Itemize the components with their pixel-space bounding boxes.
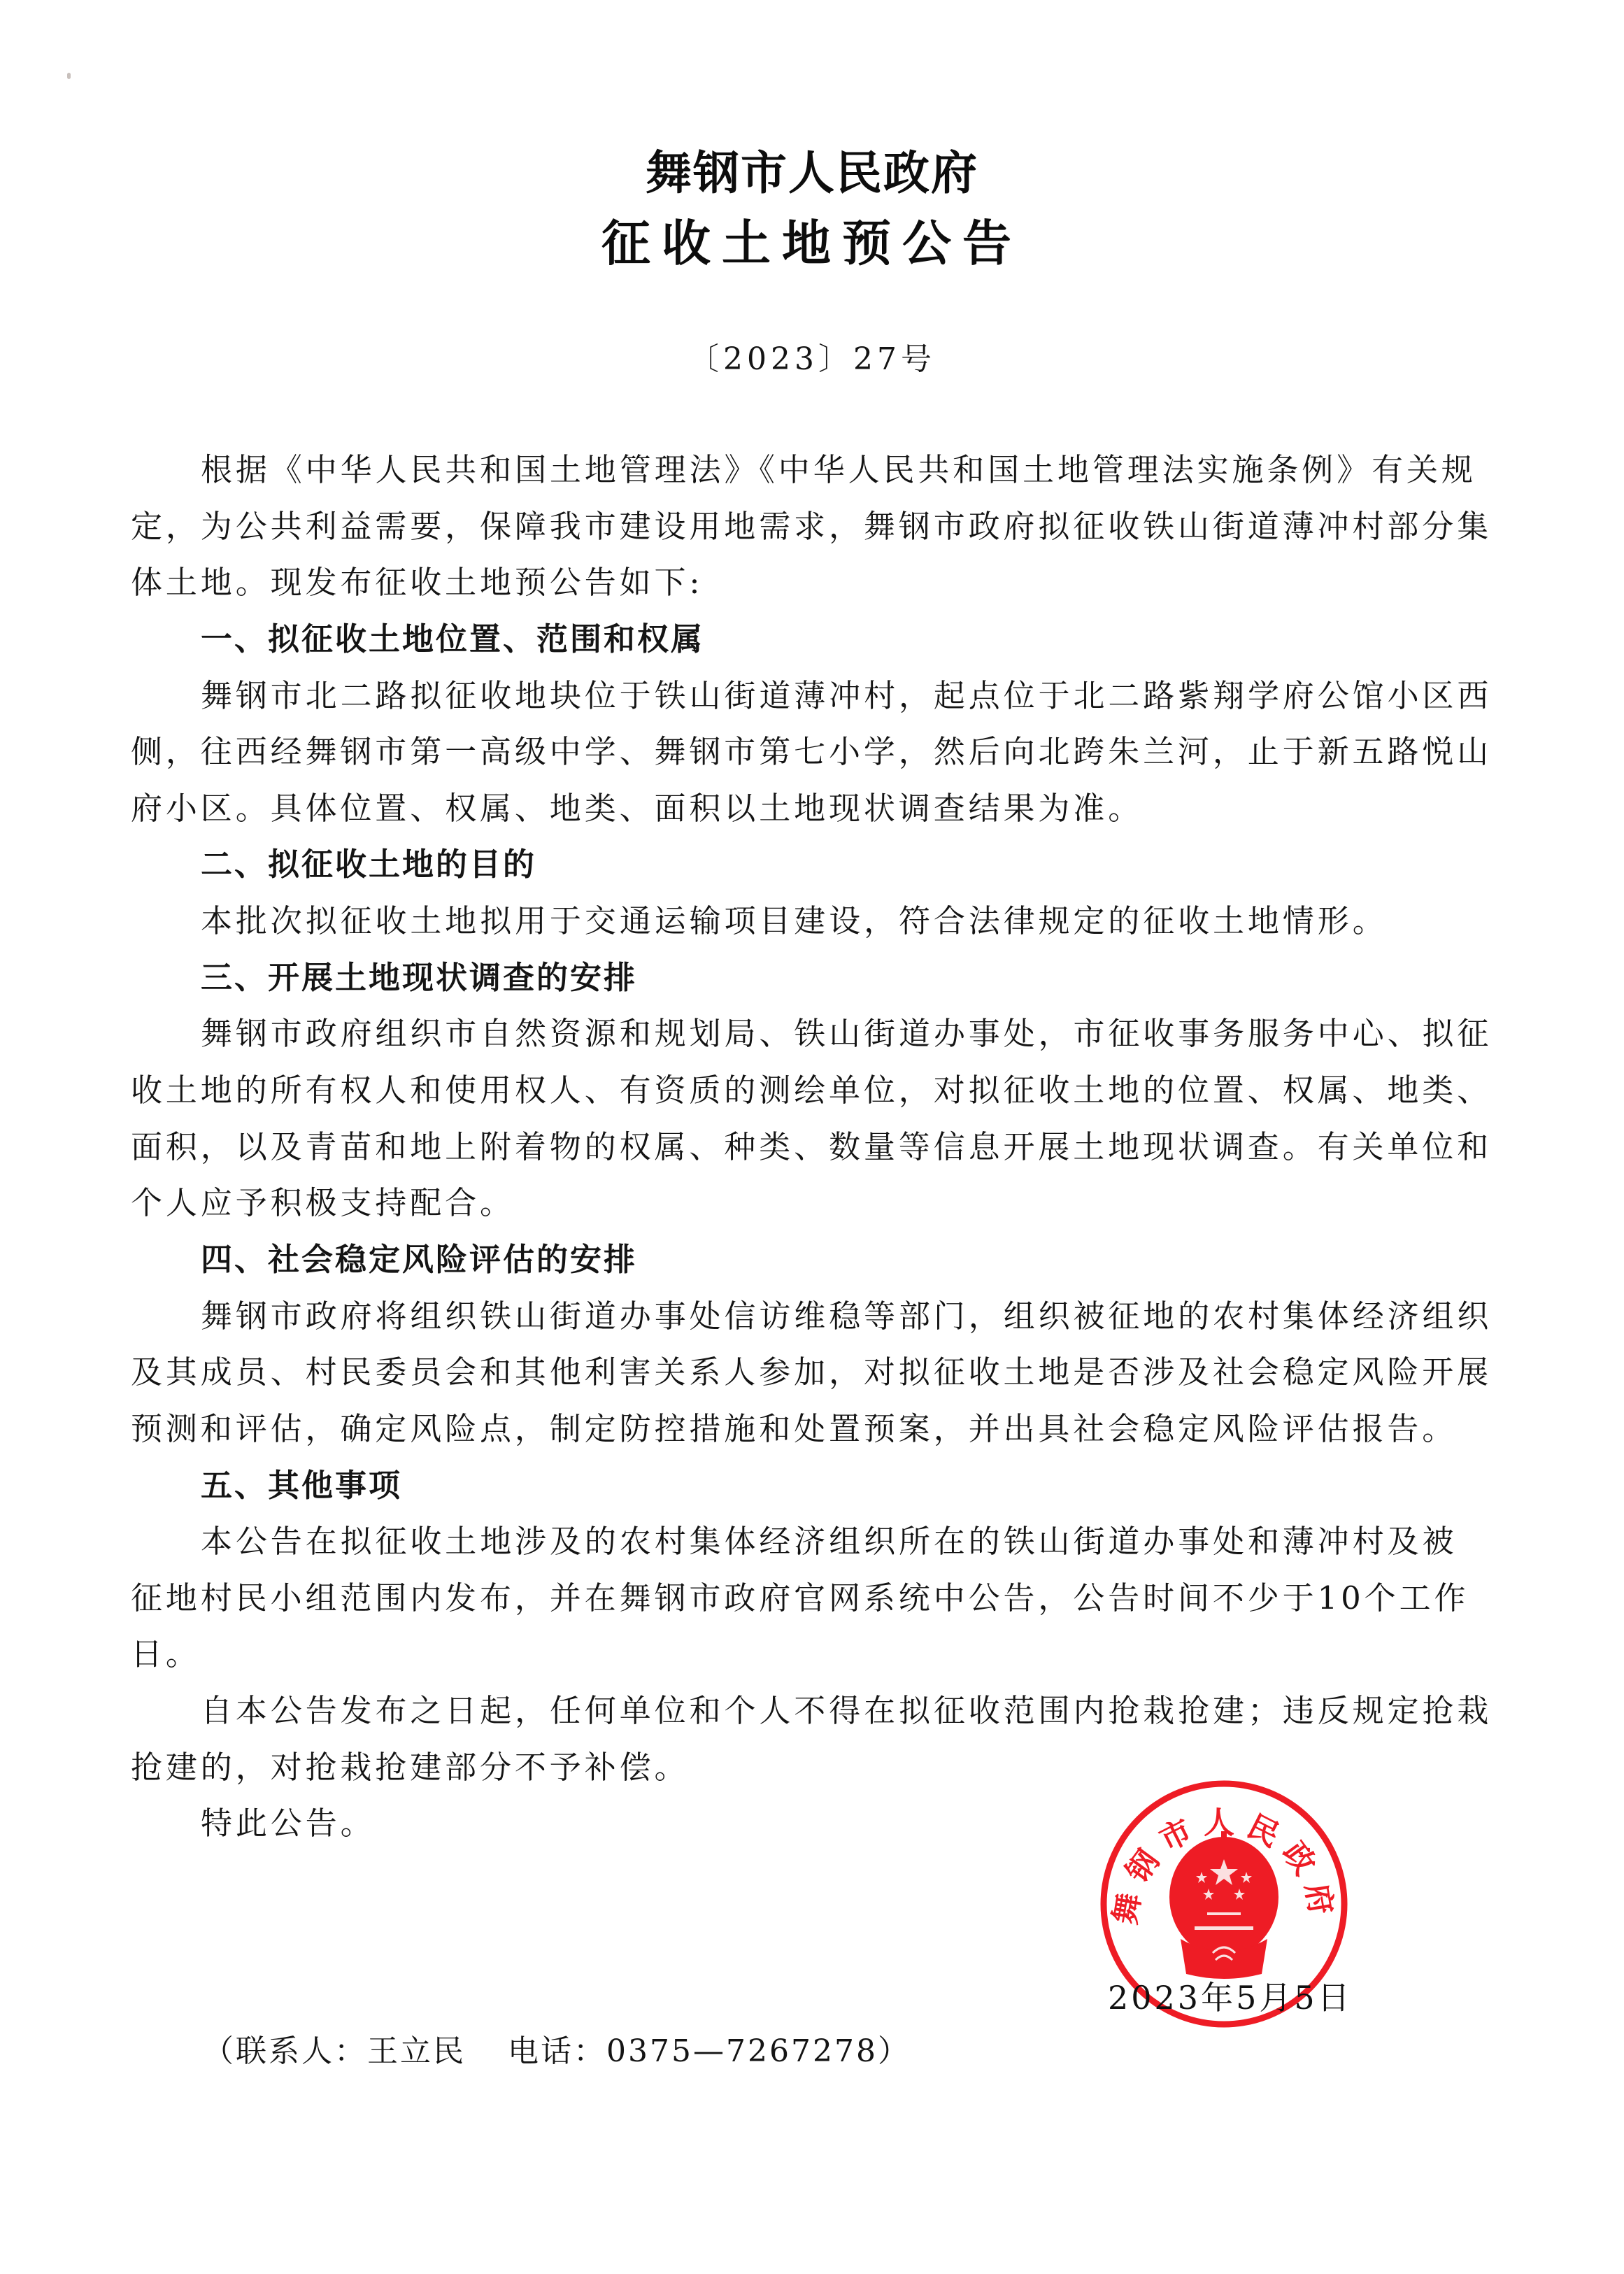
body-line: 日。 [131,1626,1491,1683]
notice-title: 征收土地预公告 [0,213,1624,274]
body-line: 及其成员、村民委员会和其他利害关系人参加，对拟征收土地是否涉及社会稳定风险开展 [131,1344,1491,1401]
body-line: 征地村民小组范围内发布，并在舞钢市政府官网系统中公告，公告时间不少于10个工作 [131,1570,1491,1627]
body-line: 侧，往西经舞钢市第一高级中学、舞钢市第七小学，然后向北跨朱兰河，止于新五路悦山 [131,724,1491,781]
body-line: 定，为公共利益需要，保障我市建设用地需求，舞钢市政府拟征收铁山街道薄冲村部分集 [131,499,1491,555]
issuer-title: 舞钢市人民政府 [0,144,1624,203]
section-heading-1: 一、拟征收土地位置、范围和权属 [131,611,1491,668]
contact-person-label: （联系人： [203,2033,367,2069]
body-line: 预测和评估，确定风险点，制定防控措施和处置预案，并出具社会稳定风险评估报告。 [131,1401,1491,1458]
contact-info: （联系人：王立民电话：0375—7267278） [203,2033,911,2070]
issue-date: 2023年5月5日 [1108,1978,1353,2017]
section-heading-2: 二、拟征收土地的目的 [131,837,1491,893]
body-line: 收土地的所有权人和使用权人、有资质的测绘单位，对拟征收土地的位置、权属、地类、 [131,1063,1491,1119]
document-number: 〔2023〕27号 [0,341,1624,378]
body-line: 舞钢市北二路拟征收地块位于铁山街道薄冲村，起点位于北二路紫翔学府公馆小区西 [131,668,1491,725]
body-line: 舞钢市政府组织市自然资源和规划局、铁山街道办事处，市征收事务服务中心、拟征 [131,1006,1491,1063]
body-line: 面积，以及青苗和地上附着物的权属、种类、数量等信息开展土地现状调查。有关单位和 [131,1119,1491,1176]
body-line: 府小区。具体位置、权属、地类、面积以土地现状调查结果为准。 [131,781,1491,837]
body-line: 本公告在拟征收土地涉及的农村集体经济组织所在的铁山街道办事处和薄冲村及被 [131,1514,1491,1570]
section-heading-4: 四、社会稳定风险评估的安排 [131,1232,1491,1288]
contact-phone-label: 电话： [508,2033,606,2069]
body-line: 舞钢市政府将组织铁山街道办事处信访维稳等部门，组织被征地的农村集体经济组织 [131,1288,1491,1345]
body-line: 本批次拟征收土地拟用于交通运输项目建设，符合法律规定的征收土地情形。 [131,893,1491,950]
body-line: 根据《中华人民共和国土地管理法》《中华人民共和国土地管理法实施条例》有关规 [131,442,1491,499]
body-line: 自本公告发布之日起，任何单位和个人不得在拟征收范围内抢栽抢建；违反规定抢栽 [131,1683,1491,1740]
body-line: 体土地。现发布征收土地预公告如下: [131,555,1491,611]
scan-speck [67,73,71,79]
section-heading-5: 五、其他事项 [131,1458,1491,1514]
contact-phone: 0375—7267278） [606,2033,911,2069]
notice-body: 根据《中华人民共和国土地管理法》《中华人民共和国土地管理法实施条例》有关规 定，… [131,442,1491,1852]
body-line: 个人应予积极支持配合。 [131,1175,1491,1232]
contact-person: 王立民 [367,2033,466,2069]
section-heading-3: 三、开展土地现状调查的安排 [131,950,1491,1007]
